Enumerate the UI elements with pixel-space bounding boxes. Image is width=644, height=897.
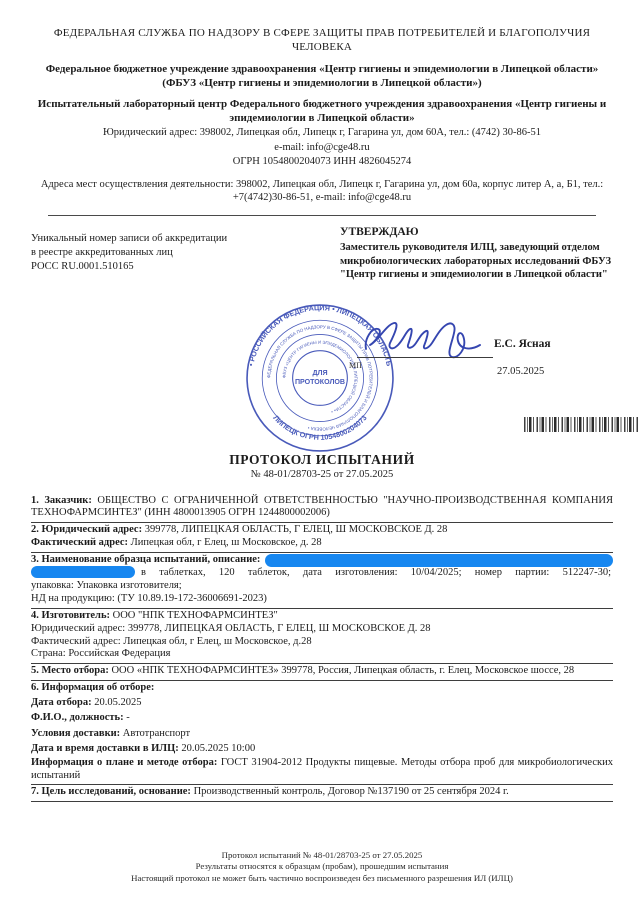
section-6-delivery-datetime: Дата и время доставки в ИЛЦ: 20.05.2025 … bbox=[31, 741, 613, 756]
section-7-purpose: 7. Цель исследований, основание: Произво… bbox=[31, 786, 613, 799]
stamp-center-line2: ПРОТОКОЛОВ bbox=[295, 378, 345, 386]
section-4-actual-address: Фактический адрес: Липецкая обл, г Елец,… bbox=[31, 636, 613, 649]
protocol-document-page: ФЕДЕРАЛЬНАЯ СЛУЖБА ПО НАДЗОРУ В СФЕРЕ ЗА… bbox=[0, 0, 644, 897]
section-3-description: в таблетках, 120 таблеток, дата изготовл… bbox=[31, 567, 613, 580]
section-6-sampling-method: Информация о плане и методе отбора: ГОСТ… bbox=[31, 756, 613, 782]
row-label: Дата отбора: bbox=[31, 697, 92, 708]
section-5-label: 5. Место отбора: bbox=[31, 665, 109, 676]
section-1-customer: 1. Заказчик: ОБЩЕСТВО С ОГРАНИЧЕННОЙ ОТВ… bbox=[31, 495, 613, 521]
section-divider bbox=[31, 801, 613, 802]
accreditation-number: РОСС RU.0001.510165 bbox=[31, 260, 321, 274]
section-4-legal-address: Юридический адрес: 399778, ЛИПЕЦКАЯ ОБЛА… bbox=[31, 623, 613, 636]
stamp-place-mark: МП bbox=[349, 359, 362, 372]
row-label: Дата и время доставки в ИЛЦ: bbox=[31, 743, 179, 754]
redaction-bar bbox=[31, 566, 135, 578]
section-5-value: ООО «НПК ТЕХНОФАРМСИНТЕЗ» 399778, Россия… bbox=[111, 665, 574, 676]
section-1-label: 1. Заказчик: bbox=[31, 495, 92, 506]
row-value: 20.05.2025 bbox=[94, 697, 141, 708]
section-divider bbox=[31, 784, 613, 785]
section-6-fio: Ф.И.О., должность: - bbox=[31, 710, 613, 725]
approval-position: Заместитель руководителя ИЛЦ, заведующий… bbox=[340, 241, 618, 282]
section-4-label: 4. Изготовитель: bbox=[31, 610, 110, 621]
section-3-packaging: упаковка: Упаковка изготовителя; bbox=[31, 580, 613, 593]
organization-name: Федеральное бюджетное учреждение здравоо… bbox=[28, 62, 616, 90]
section-divider bbox=[31, 608, 613, 609]
approval-title: УТВЕРЖДАЮ bbox=[340, 226, 618, 240]
section-2-legal-value: 399778, ЛИПЕЦКАЯ ОБЛАСТЬ, Г ЕЛЕЦ, Ш МОСК… bbox=[145, 524, 448, 535]
section-6-title: 6. Информация об отборе: bbox=[31, 682, 613, 695]
row-label: Условия доставки: bbox=[31, 728, 120, 739]
accreditation-line2: в реестре аккредитованных лиц bbox=[31, 246, 321, 260]
barcode-image bbox=[524, 417, 638, 432]
accreditation-line1: Уникальный номер записи об аккредитации bbox=[31, 232, 321, 246]
section-5-sampling-place: 5. Место отбора: ООО «НПК ТЕХНОФАРМСИНТЕ… bbox=[31, 665, 613, 678]
approval-text: УТВЕРЖДАЮ Заместитель руководителя ИЛЦ, … bbox=[340, 226, 618, 282]
section-2-actual-value: Липецкая обл, г Елец, ш Московское, д. 2… bbox=[131, 537, 322, 548]
row-value: 20.05.2025 10:00 bbox=[181, 743, 255, 754]
section-4-value: ООО "НПК ТЕХНОФАРМСИНТЕЗ" bbox=[113, 610, 278, 621]
letterhead: ФЕДЕРАЛЬНАЯ СЛУЖБА ПО НАДЗОРУ В СФЕРЕ ЗА… bbox=[28, 0, 616, 205]
redaction-bar bbox=[265, 554, 613, 567]
accreditation-note: Уникальный номер записи об аккредитации … bbox=[31, 232, 321, 274]
section-divider bbox=[31, 680, 613, 681]
stamp-center-line1: ДЛЯ bbox=[312, 368, 327, 376]
handwritten-signature bbox=[360, 315, 492, 362]
section-2-legal-address: 2. Юридический адрес: 399778, ЛИПЕЦКАЯ О… bbox=[31, 524, 613, 537]
activity-addresses-line: Адреса мест осуществления деятельности: … bbox=[28, 178, 616, 205]
section-divider bbox=[31, 663, 613, 664]
section-3-nd: НД на продукцию: (ТУ 10.89.19-172-360066… bbox=[31, 593, 613, 606]
row-label: Ф.И.О., должность: bbox=[31, 712, 124, 723]
footer-copy-note: Настоящий протокол не может быть частичн… bbox=[0, 873, 644, 885]
email-line: e-mail: info@cge48.ru bbox=[28, 141, 616, 155]
footer-protocol-number: Протокол испытаний № 48-01/28703-25 от 2… bbox=[0, 850, 644, 862]
legal-address-line: Юридический адрес: 398002, Липецкая обл,… bbox=[28, 126, 616, 140]
protocol-sections: 1. Заказчик: ОБЩЕСТВО С ОГРАНИЧЕННОЙ ОТВ… bbox=[31, 495, 613, 802]
section-1-value: ОБЩЕСТВО С ОГРАНИЧЕННОЙ ОТВЕТСТВЕННОСТЬЮ… bbox=[31, 495, 613, 519]
section-3-description-text: в таблетках, 120 таблеток, дата изготовл… bbox=[141, 567, 611, 580]
section-2-legal-label: 2. Юридический адрес: bbox=[31, 524, 142, 535]
approval-date: 27.05.2025 bbox=[497, 365, 544, 378]
row-value: - bbox=[126, 712, 130, 723]
approval-block: Уникальный номер записи об аккредитации … bbox=[0, 216, 644, 451]
section-6-delivery-conditions: Условия доставки: Автотранспорт bbox=[31, 726, 613, 741]
lab-center-name: Испытательный лабораторный центр Федерал… bbox=[28, 97, 616, 125]
row-label: Информация о плане и методе отбора: bbox=[31, 757, 217, 768]
section-6-sampling-date: Дата отбора: 20.05.2025 bbox=[31, 695, 613, 710]
section-2-actual-label: Фактический адрес: bbox=[31, 537, 128, 548]
federal-service-name: ФЕДЕРАЛЬНАЯ СЛУЖБА ПО НАДЗОРУ В СФЕРЕ ЗА… bbox=[28, 0, 616, 54]
page-footer: Протокол испытаний № 48-01/28703-25 от 2… bbox=[0, 850, 644, 885]
section-2-actual-address: Фактический адрес: Липецкая обл, г Елец,… bbox=[31, 537, 613, 550]
document-title-block: ПРОТОКОЛ ИСПЫТАНИЙ № 48-01/28703-25 от 2… bbox=[0, 451, 644, 482]
section-7-value: Производственный контроль, Договор №1371… bbox=[194, 786, 509, 797]
protocol-number: № 48-01/28703-25 от 27.05.2025 bbox=[0, 468, 644, 482]
section-7-label: 7. Цель исследований, основание: bbox=[31, 786, 191, 797]
signature-line bbox=[357, 357, 493, 358]
section-4-country: Страна: Российская Федерация bbox=[31, 648, 613, 661]
signer-name: Е.С. Ясная bbox=[494, 338, 551, 351]
footer-results-note: Результаты относятся к образцам (пробам)… bbox=[0, 861, 644, 873]
section-divider bbox=[31, 522, 613, 523]
section-divider bbox=[31, 552, 613, 553]
section-4-manufacturer: 4. Изготовитель: ООО "НПК ТЕХНОФАРМСИНТЕ… bbox=[31, 610, 613, 623]
ogrn-inn-line: ОГРН 1054800204073 ИНН 4826045274 bbox=[28, 155, 616, 169]
row-value: Автотранспорт bbox=[123, 728, 190, 739]
